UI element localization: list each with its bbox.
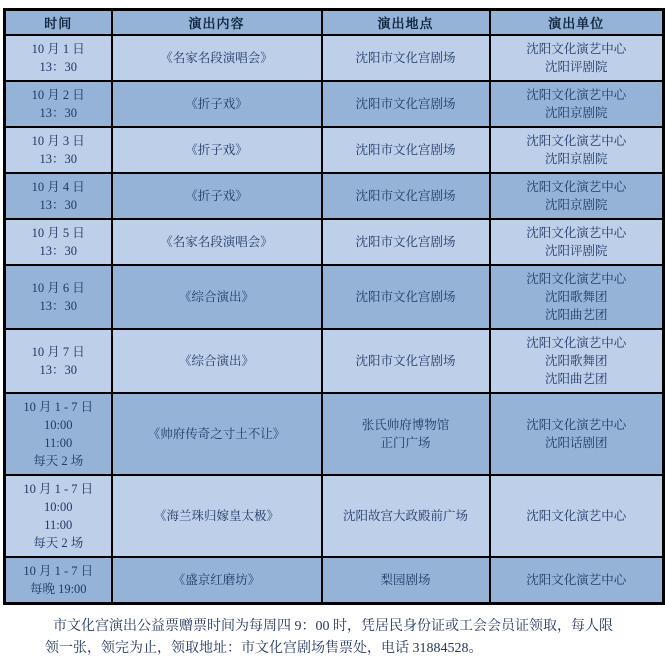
cell-unit: 沈阳文化演艺中心沈阳评剧院 bbox=[490, 35, 664, 81]
col-header-unit: 演出单位 bbox=[490, 10, 664, 36]
cell-line: 沈阳市文化宫剧场 bbox=[325, 95, 487, 113]
col-header-content: 演出内容 bbox=[112, 10, 322, 36]
cell-line: 《帅府传奇之寸土不让》 bbox=[115, 425, 319, 443]
cell-line: 10:00 bbox=[8, 498, 109, 516]
cell-content: 《盛京红磨坊》 bbox=[112, 557, 322, 604]
cell-content: 《折子戏》 bbox=[112, 173, 322, 219]
cell-line: 《综合演出》 bbox=[115, 288, 319, 306]
cell-time: 10 月 7 日13：30 bbox=[5, 329, 112, 393]
cell-location: 张氏帅府博物馆正门广场 bbox=[322, 393, 490, 475]
cell-line: 10 月 3 日 bbox=[8, 132, 109, 150]
cell-line: 沈阳歌舞团 bbox=[493, 352, 661, 370]
table-row: 10 月 1 - 7 日10:0011:00每天 2 场《海兰珠归嫁皇太极》沈阳… bbox=[5, 475, 664, 557]
cell-line: 10 月 1 日 bbox=[8, 40, 109, 58]
schedule-body: 10 月 1 日13：30《名家名段演唱会》沈阳市文化宫剧场沈阳文化演艺中心沈阳… bbox=[5, 35, 664, 604]
table-row: 10 月 7 日13：30《综合演出》沈阳市文化宫剧场沈阳文化演艺中心沈阳歌舞团… bbox=[5, 329, 664, 393]
cell-line: 沈阳文化演艺中心 bbox=[493, 40, 661, 58]
cell-line: 10 月 5 日 bbox=[8, 224, 109, 242]
cell-line: 沈阳京剧院 bbox=[493, 150, 661, 168]
cell-content: 《名家名段演唱会》 bbox=[112, 219, 322, 265]
cell-line: 13：30 bbox=[8, 150, 109, 168]
cell-line: 沈阳故宫大政殿前广场 bbox=[325, 507, 487, 525]
cell-line: 沈阳文化演艺中心 bbox=[493, 270, 661, 288]
cell-line: 10 月 4 日 bbox=[8, 178, 109, 196]
cell-unit: 沈阳文化演艺中心沈阳话剧团 bbox=[490, 393, 664, 475]
cell-line: 沈阳文化演艺中心 bbox=[493, 571, 661, 589]
cell-content: 《综合演出》 bbox=[112, 265, 322, 329]
cell-content: 《名家名段演唱会》 bbox=[112, 35, 322, 81]
cell-time: 10 月 1 - 7 日10:0011:00每天 2 场 bbox=[5, 393, 112, 475]
cell-line: 《名家名段演唱会》 bbox=[115, 233, 319, 251]
footer-line: 市文化宫演出公益票赠票时间为每周四 9：00 时，凭居民身份证或工会会员证领取，… bbox=[45, 616, 638, 638]
cell-line: 沈阳市文化宫剧场 bbox=[325, 141, 487, 159]
cell-unit: 沈阳文化演艺中心沈阳评剧院 bbox=[490, 219, 664, 265]
cell-line: 沈阳文化演艺中心 bbox=[493, 224, 661, 242]
cell-line: 张氏帅府博物馆 bbox=[325, 416, 487, 434]
cell-time: 10 月 1 - 7 日10:0011:00每天 2 场 bbox=[5, 475, 112, 557]
cell-line: 10 月 1 - 7 日 bbox=[8, 398, 109, 416]
cell-unit: 沈阳文化演艺中心沈阳歌舞团沈阳曲艺团 bbox=[490, 265, 664, 329]
cell-line: 沈阳文化演艺中心 bbox=[493, 86, 661, 104]
cell-location: 沈阳市文化宫剧场 bbox=[322, 173, 490, 219]
cell-location: 沈阳市文化宫剧场 bbox=[322, 265, 490, 329]
table-row: 10 月 3 日13：30《折子戏》沈阳市文化宫剧场沈阳文化演艺中心沈阳京剧院 bbox=[5, 127, 664, 173]
cell-line: 《折子戏》 bbox=[115, 141, 319, 159]
cell-line: 沈阳市文化宫剧场 bbox=[325, 288, 487, 306]
cell-line: 梨园剧场 bbox=[325, 571, 487, 589]
cell-line: 沈阳京剧院 bbox=[493, 104, 661, 122]
table-row: 10 月 1 日13：30《名家名段演唱会》沈阳市文化宫剧场沈阳文化演艺中心沈阳… bbox=[5, 35, 664, 81]
table-row: 10 月 5 日13：30《名家名段演唱会》沈阳市文化宫剧场沈阳文化演艺中心沈阳… bbox=[5, 219, 664, 265]
footer-note: 市文化宫演出公益票赠票时间为每周四 9：00 时，凭居民身份证或工会会员证领取，… bbox=[45, 616, 638, 660]
cell-line: 《海兰珠归嫁皇太极》 bbox=[115, 507, 319, 525]
cell-line: 沈阳京剧院 bbox=[493, 196, 661, 214]
cell-line: 沈阳文化演艺中心 bbox=[493, 507, 661, 525]
col-header-time: 时间 bbox=[5, 10, 112, 36]
table-row: 10 月 1 - 7 日10:0011:00每天 2 场《帅府传奇之寸土不让》张… bbox=[5, 393, 664, 475]
cell-line: 沈阳文化演艺中心 bbox=[493, 334, 661, 352]
cell-line: 《折子戏》 bbox=[115, 95, 319, 113]
cell-unit: 沈阳文化演艺中心沈阳歌舞团沈阳曲艺团 bbox=[490, 329, 664, 393]
cell-line: 沈阳话剧团 bbox=[493, 434, 661, 452]
cell-line: 13：30 bbox=[8, 297, 109, 315]
cell-line: 沈阳文化演艺中心 bbox=[493, 416, 661, 434]
cell-unit: 沈阳文化演艺中心 bbox=[490, 475, 664, 557]
cell-line: 《综合演出》 bbox=[115, 352, 319, 370]
cell-line: 沈阳评剧院 bbox=[493, 242, 661, 260]
cell-line: 沈阳市文化宫剧场 bbox=[325, 352, 487, 370]
cell-line: 每晚 19:00 bbox=[8, 580, 109, 598]
cell-content: 《帅府传奇之寸土不让》 bbox=[112, 393, 322, 475]
cell-time: 10 月 2 日13：30 bbox=[5, 81, 112, 127]
cell-line: 10:00 bbox=[8, 416, 109, 434]
cell-time: 10 月 1 日13：30 bbox=[5, 35, 112, 81]
cell-line: 沈阳曲艺团 bbox=[493, 370, 661, 388]
header-row: 时间 演出内容 演出地点 演出单位 bbox=[5, 10, 664, 36]
cell-time: 10 月 6 日13：30 bbox=[5, 265, 112, 329]
cell-content: 《综合演出》 bbox=[112, 329, 322, 393]
cell-line: 沈阳市文化宫剧场 bbox=[325, 187, 487, 205]
cell-line: 10 月 2 日 bbox=[8, 86, 109, 104]
cell-line: 正门广场 bbox=[325, 434, 487, 452]
cell-unit: 沈阳文化演艺中心沈阳京剧院 bbox=[490, 127, 664, 173]
cell-line: 10 月 1 - 7 日 bbox=[8, 480, 109, 498]
cell-location: 沈阳市文化宫剧场 bbox=[322, 329, 490, 393]
col-header-location: 演出地点 bbox=[322, 10, 490, 36]
cell-line: 10 月 6 日 bbox=[8, 279, 109, 297]
table-row: 10 月 4 日13：30《折子戏》沈阳市文化宫剧场沈阳文化演艺中心沈阳京剧院 bbox=[5, 173, 664, 219]
cell-line: 沈阳文化演艺中心 bbox=[493, 178, 661, 196]
cell-line: 沈阳歌舞团 bbox=[493, 288, 661, 306]
cell-line: 《盛京红磨坊》 bbox=[115, 571, 319, 589]
cell-content: 《折子戏》 bbox=[112, 81, 322, 127]
cell-line: 沈阳文化演艺中心 bbox=[493, 132, 661, 150]
cell-line: 13：30 bbox=[8, 58, 109, 76]
cell-time: 10 月 3 日13：30 bbox=[5, 127, 112, 173]
cell-location: 沈阳故宫大政殿前广场 bbox=[322, 475, 490, 557]
cell-unit: 沈阳文化演艺中心沈阳京剧院 bbox=[490, 173, 664, 219]
cell-line: 《折子戏》 bbox=[115, 187, 319, 205]
cell-line: 13：30 bbox=[8, 104, 109, 122]
cell-line: 沈阳评剧院 bbox=[493, 58, 661, 76]
footer-line: 领一张，领完为止，领取地址：市文化宫剧场售票处，电话 31884528。 bbox=[45, 638, 638, 660]
cell-line: 13：30 bbox=[8, 196, 109, 214]
cell-line: 10 月 7 日 bbox=[8, 343, 109, 361]
cell-unit: 沈阳文化演艺中心 bbox=[490, 557, 664, 604]
cell-line: 沈阳市文化宫剧场 bbox=[325, 49, 487, 67]
page: 时间 演出内容 演出地点 演出单位 10 月 1 日13：30《名家名段演唱会》… bbox=[0, 0, 665, 660]
cell-line: 沈阳市文化宫剧场 bbox=[325, 233, 487, 251]
cell-unit: 沈阳文化演艺中心沈阳京剧院 bbox=[490, 81, 664, 127]
cell-time: 10 月 4 日13：30 bbox=[5, 173, 112, 219]
cell-line: 11:00 bbox=[8, 516, 109, 534]
cell-time: 10 月 5 日13：30 bbox=[5, 219, 112, 265]
cell-location: 沈阳市文化宫剧场 bbox=[322, 81, 490, 127]
cell-line: 10 月 1 - 7 日 bbox=[8, 562, 109, 580]
table-row: 10 月 1 - 7 日每晚 19:00《盛京红磨坊》梨园剧场沈阳文化演艺中心 bbox=[5, 557, 664, 604]
cell-location: 沈阳市文化宫剧场 bbox=[322, 127, 490, 173]
cell-line: 每天 2 场 bbox=[8, 452, 109, 470]
cell-location: 沈阳市文化宫剧场 bbox=[322, 219, 490, 265]
cell-location: 梨园剧场 bbox=[322, 557, 490, 604]
cell-line: 《名家名段演唱会》 bbox=[115, 49, 319, 67]
performance-schedule-table: 时间 演出内容 演出地点 演出单位 10 月 1 日13：30《名家名段演唱会》… bbox=[3, 8, 665, 605]
cell-time: 10 月 1 - 7 日每晚 19:00 bbox=[5, 557, 112, 604]
cell-content: 《海兰珠归嫁皇太极》 bbox=[112, 475, 322, 557]
cell-line: 13：30 bbox=[8, 242, 109, 260]
table-row: 10 月 6 日13：30《综合演出》沈阳市文化宫剧场沈阳文化演艺中心沈阳歌舞团… bbox=[5, 265, 664, 329]
cell-line: 13：30 bbox=[8, 361, 109, 379]
cell-line: 沈阳曲艺团 bbox=[493, 306, 661, 324]
table-row: 10 月 2 日13：30《折子戏》沈阳市文化宫剧场沈阳文化演艺中心沈阳京剧院 bbox=[5, 81, 664, 127]
cell-line: 11:00 bbox=[8, 434, 109, 452]
cell-location: 沈阳市文化宫剧场 bbox=[322, 35, 490, 81]
cell-line: 每天 2 场 bbox=[8, 534, 109, 552]
cell-content: 《折子戏》 bbox=[112, 127, 322, 173]
